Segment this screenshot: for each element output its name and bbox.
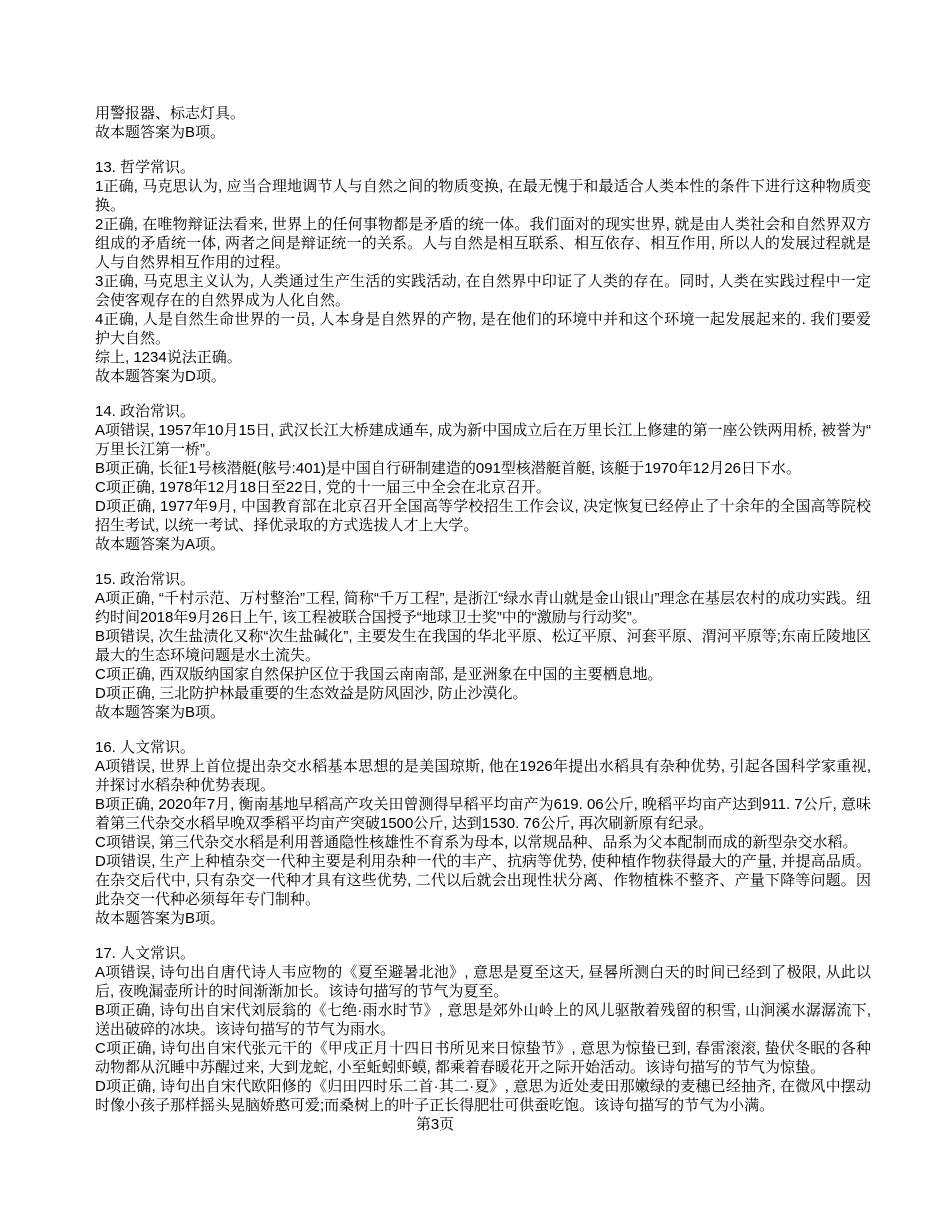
explanation-paragraph: C项错误, 第三代杂交水稻是利用普通隐性核雄性不育系为母本, 以常规品种、品系为… (95, 833, 871, 852)
explanation-paragraph: B项正确, 诗句出自宋代刘辰翁的《七绝·雨水时节》, 意思是郊外山岭上的风儿驱散… (95, 1001, 871, 1039)
answer-section: 13. 哲学常识。1正确, 马克思认为, 应当合理地调节人与自然之间的物质变换,… (95, 158, 871, 386)
document-text: 用警报器、标志灯具。故本题答案为B项。13. 哲学常识。1正确, 马克思认为, … (95, 104, 871, 1134)
explanation-paragraph: D项正确, 诗句出自宋代欧阳修的《归田四时乐二首·其二·夏》, 意思为近处麦田那… (95, 1077, 871, 1115)
explanation-paragraph: B项正确, 2020年7月, 衡南基地早稻高产攻关田曾测得早稻平均亩产为619.… (95, 795, 871, 833)
explanation-paragraph: 3正确, 马克思主义认为, 人类通过生产生活的实践活动, 在自然界中印证了人类的… (95, 272, 871, 310)
explanation-paragraph: 综上, 1234说法正确。 (95, 348, 871, 367)
answer-section: 16. 人文常识。A项错误, 世界上首位提出杂交水稻基本思想的是美国琼斯, 他在… (95, 738, 871, 928)
section-title: 15. 政治常识。 (95, 570, 871, 589)
explanation-paragraph: C项正确, 诗句出自宋代张元干的《甲戌正月十四日书所见来日惊蛰节》, 意思为惊蛰… (95, 1039, 871, 1077)
document-content: 用警报器、标志灯具。故本题答案为B项。13. 哲学常识。1正确, 马克思认为, … (95, 104, 871, 1115)
explanation-paragraph: A项错误, 诗句出自唐代诗人韦应物的《夏至避暑北池》, 意思是夏至这天, 昼晷所… (95, 963, 871, 1001)
explanation-paragraph: B项正确, 长征1号核潜艇(舷号:401)是中国自行研制建造的091型核潜艇首艇… (95, 459, 871, 478)
page: 用警报器、标志灯具。故本题答案为B项。13. 哲学常识。1正确, 马克思认为, … (0, 0, 950, 1230)
carryover-line: 故本题答案为B项。 (95, 123, 871, 142)
explanation-paragraph: A项正确, “千村示范、万村整治”工程, 简称“千万工程”, 是浙江“绿水青山就… (95, 589, 871, 627)
carryover-line: 用警报器、标志灯具。 (95, 104, 871, 123)
explanation-paragraph: 故本题答案为B项。 (95, 703, 871, 722)
section-title: 17. 人文常识。 (95, 944, 871, 963)
section-title: 14. 政治常识。 (95, 402, 871, 421)
explanation-paragraph: 2正确, 在唯物辩证法看来, 世界上的任何事物都是矛盾的统一体。我们面对的现实世… (95, 215, 871, 272)
explanation-paragraph: 4正确, 人是自然生命世界的一员, 人本身是自然界的产物, 是在他们的环境中并和… (95, 310, 871, 348)
explanation-paragraph: D项正确, 三北防护林最重要的生态效益是防风固沙, 防止沙漠化。 (95, 684, 871, 703)
section-title: 16. 人文常识。 (95, 738, 871, 757)
page-number: 第3页 (47, 1115, 823, 1134)
explanation-paragraph: D项错误, 生产上种植杂交一代种主要是利用杂种一代的丰产、抗病等优势, 使种植作… (95, 852, 871, 909)
explanation-paragraph: C项正确, 西双版纳国家自然保护区位于我国云南南部, 是亚洲象在中国的主要栖息地… (95, 665, 871, 684)
explanation-paragraph: B项错误, 次生盐渍化又称“次生盐碱化”, 主要发生在我国的华北平原、松辽平原、… (95, 627, 871, 665)
answer-section: 14. 政治常识。A项错误, 1957年10月15日, 武汉长江大桥建成通车, … (95, 402, 871, 554)
explanation-paragraph: A项错误, 1957年10月15日, 武汉长江大桥建成通车, 成为新中国成立后在… (95, 421, 871, 459)
explanation-paragraph: C项正确, 1978年12月18日至22日, 党的十一届三中全会在北京召开。 (95, 478, 871, 497)
explanation-paragraph: 故本题答案为D项。 (95, 367, 871, 386)
explanation-paragraph: 1正确, 马克思认为, 应当合理地调节人与自然之间的物质变换, 在最无愧于和最适… (95, 177, 871, 215)
answer-section: 15. 政治常识。A项正确, “千村示范、万村整治”工程, 简称“千万工程”, … (95, 570, 871, 722)
explanation-paragraph: D项正确, 1977年9月, 中国教育部在北京召开全国高等学校招生工作会议, 决… (95, 497, 871, 535)
section-title: 13. 哲学常识。 (95, 158, 871, 177)
explanation-paragraph: A项错误, 世界上首位提出杂交水稻基本思想的是美国琼斯, 他在1926年提出水稻… (95, 757, 871, 795)
explanation-paragraph: 故本题答案为B项。 (95, 909, 871, 928)
answer-section: 17. 人文常识。A项错误, 诗句出自唐代诗人韦应物的《夏至避暑北池》, 意思是… (95, 944, 871, 1115)
explanation-paragraph: 故本题答案为A项。 (95, 535, 871, 554)
